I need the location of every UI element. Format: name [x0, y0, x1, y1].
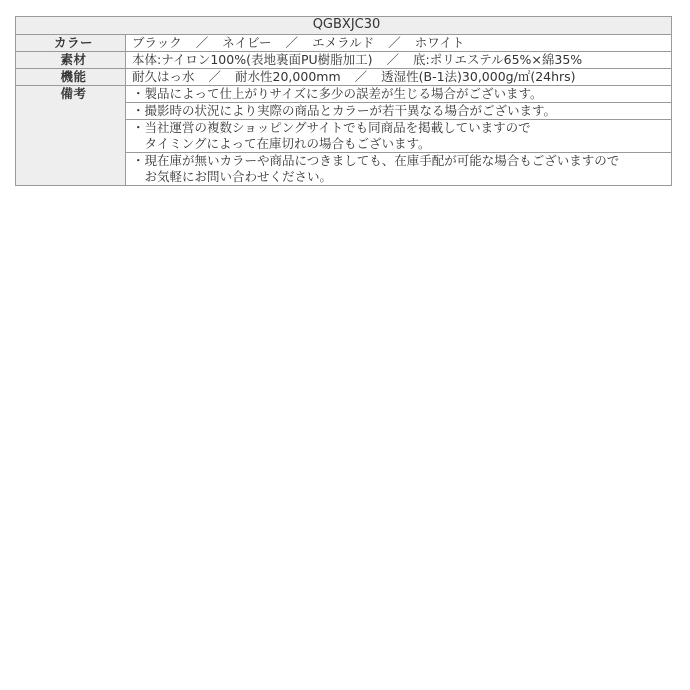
separator: ／: [196, 35, 209, 51]
material-values: 本体:ナイロン100%(表地裏面PU樹脂加工)／底:ポリエステル65%×綿35%: [126, 52, 672, 69]
note-line: タイミングによって在庫切れの場合もございます。: [132, 136, 671, 152]
product-code: QGBXJC30: [16, 17, 672, 35]
color-value: ホワイト: [415, 35, 465, 50]
function-value: 耐久はっ水: [132, 69, 195, 84]
note-item: ・製品によって仕上がりサイズに多少の誤差が生じる場合がございます。: [126, 86, 672, 103]
separator: ／: [209, 69, 222, 85]
material-value: 本体:ナイロン100%(表地裏面PU樹脂加工): [132, 52, 373, 67]
material-label: 素材: [16, 52, 126, 69]
separator: ／: [387, 52, 400, 68]
color-value: ブラック: [132, 35, 182, 50]
note-line: ・現在庫が無いカラーや商品につきましても、在庫手配が可能な場合もございますので: [132, 153, 671, 169]
note-item: ・現在庫が無いカラーや商品につきましても、在庫手配が可能な場合もございますので …: [126, 153, 672, 186]
color-value: エメラルド: [312, 35, 374, 50]
material-row: 素材 本体:ナイロン100%(表地裏面PU樹脂加工)／底:ポリエステル65%×綿…: [16, 52, 672, 69]
color-row: カラー ブラック／ネイビー／エメラルド／ホワイト: [16, 35, 672, 52]
note-item: ・撮影時の状況により実際の商品とカラーが若干異なる場合がございます。: [126, 103, 672, 120]
color-values: ブラック／ネイビー／エメラルド／ホワイト: [126, 35, 672, 52]
note-line: ・製品によって仕上がりサイズに多少の誤差が生じる場合がございます。: [132, 86, 671, 102]
notes-row: 備考 ・製品によって仕上がりサイズに多少の誤差が生じる場合がございます。: [16, 86, 672, 103]
function-label: 機能: [16, 69, 126, 86]
function-row: 機能 耐久はっ水／耐水性20,000mm／透湿性(B-1法)30,000g/㎡(…: [16, 69, 672, 86]
function-value: 耐水性20,000mm: [235, 69, 341, 84]
separator: ／: [355, 69, 368, 85]
note-line: ・当社運営の複数ショッピングサイトでも同商品を掲載していますので: [132, 120, 671, 136]
material-value: 底:ポリエステル65%×綿35%: [413, 52, 582, 67]
note-line: ・撮影時の状況により実際の商品とカラーが若干異なる場合がございます。: [132, 103, 671, 119]
color-value: ネイビー: [222, 35, 271, 50]
product-spec-table: QGBXJC30 カラー ブラック／ネイビー／エメラルド／ホワイト 素材 本体:…: [15, 16, 672, 186]
note-line: お気軽にお問い合わせください。: [132, 169, 671, 185]
notes-label: 備考: [16, 86, 126, 186]
color-label: カラー: [16, 35, 126, 52]
function-value: 透湿性(B-1法)30,000g/㎡(24hrs): [381, 69, 575, 84]
separator: ／: [286, 35, 299, 51]
note-item: ・当社運営の複数ショッピングサイトでも同商品を掲載していますので タイミングによ…: [126, 120, 672, 153]
separator: ／: [388, 35, 401, 51]
function-values: 耐久はっ水／耐水性20,000mm／透湿性(B-1法)30,000g/㎡(24h…: [126, 69, 672, 86]
title-row: QGBXJC30: [16, 17, 672, 35]
